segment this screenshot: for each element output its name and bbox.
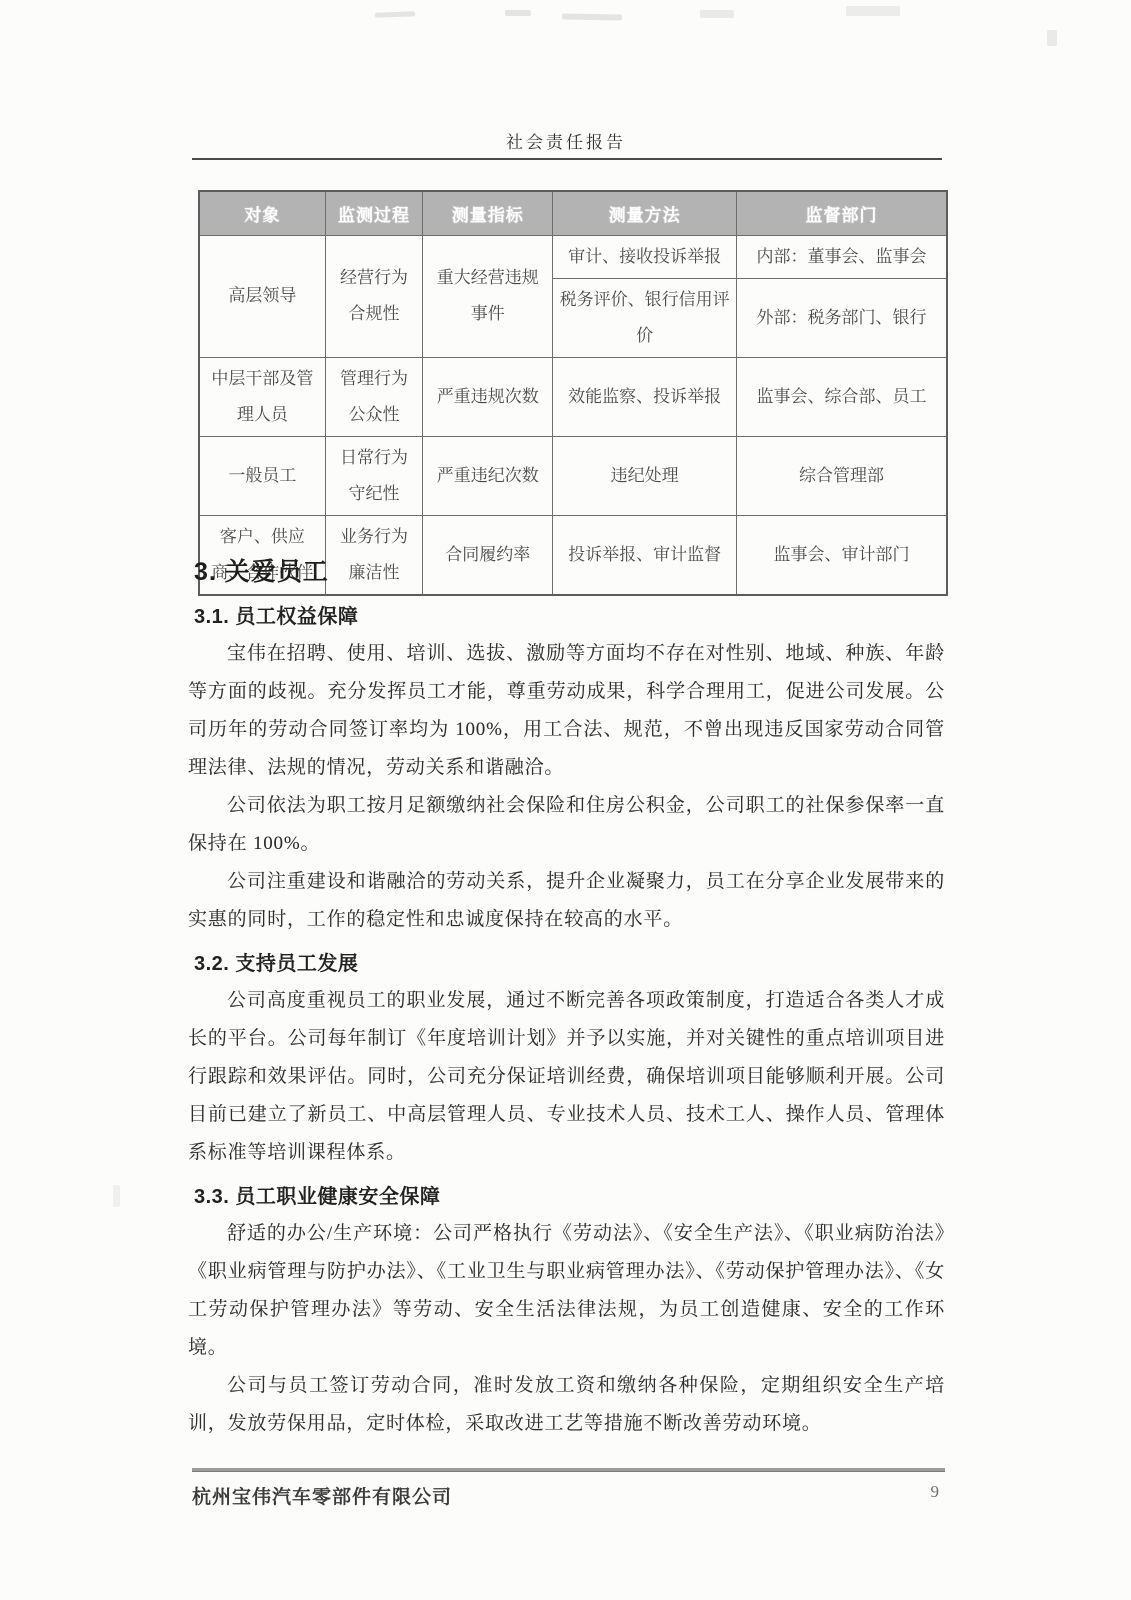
paragraph: 公司注重建设和谐融洽的劳动关系，提升企业凝聚力，员工在分享企业发展带来的实惠的同… <box>188 863 945 939</box>
table-row: 一般员工 日常行为守纪性 严重违纪次数 违纪处理 综合管理部 <box>199 436 947 515</box>
scan-artifact <box>846 6 900 16</box>
table-cell-method: 效能监察、投诉举报 <box>553 357 736 436</box>
table-cell-indicator: 严重违纪次数 <box>423 436 553 515</box>
monitoring-table: 对象 监测过程 测量指标 测量方法 监督部门 高层领导 经营行为合规性 重大经营… <box>198 190 948 596</box>
table-cell-method: 税务评价、银行信用评价 <box>553 278 736 357</box>
table-cell-target: 中层干部及管理人员 <box>199 357 325 436</box>
document-body: 3. 关爱员工 3.1. 员工权益保障 宝伟在招聘、使用、培训、选拔、激励等方面… <box>188 552 945 1443</box>
paragraph: 舒适的办公/生产环境：公司严格执行《劳动法》、《安全生产法》、《职业病防治法》《… <box>188 1215 945 1367</box>
paragraph: 公司与员工签订劳动合同，准时发放工资和缴纳各种保险，定期组织安全生产培训，发放劳… <box>188 1367 945 1443</box>
table-row: 高层领导 经营行为合规性 重大经营违规事件 审计、接收投诉举报 内部：董事会、监… <box>199 235 947 278</box>
scan-artifact <box>700 10 734 18</box>
table-header-row: 对象 监测过程 测量指标 测量方法 监督部门 <box>199 191 947 235</box>
footer: 杭州宝伟汽车零部件有限公司 9 <box>192 1482 945 1509</box>
footer-rule <box>192 1468 945 1472</box>
table-cell-indicator: 重大经营违规事件 <box>423 235 553 357</box>
table-cell-supervisor: 内部：董事会、监事会 <box>736 235 947 278</box>
table-cell-process: 日常行为守纪性 <box>325 436 422 515</box>
report-page: 社会责任报告 对象 监测过程 测量指标 测量方法 监督部门 高层领导 经营行为合… <box>0 0 1131 1600</box>
scan-artifact <box>1047 30 1057 46</box>
table-cell-supervisor: 监事会、综合部、员工 <box>736 357 947 436</box>
paragraph: 公司依法为职工按月足额缴纳社会保险和住房公积金，公司职工的社保参保率一直保持在 … <box>188 787 945 863</box>
scan-artifact <box>505 10 531 16</box>
table-header-target: 对象 <box>199 191 325 235</box>
table-header-method: 测量方法 <box>553 191 736 235</box>
table-header-supervisor: 监督部门 <box>736 191 947 235</box>
paragraph: 公司高度重视员工的职业发展，通过不断完善各项政策制度，打造适合各类人才成长的平台… <box>188 982 945 1172</box>
scan-artifact <box>113 1185 120 1207</box>
table-header-process: 监测过程 <box>325 191 422 235</box>
table-header-indicator: 测量指标 <box>423 191 553 235</box>
table-row: 中层干部及管理人员 管理行为公众性 严重违规次数 效能监察、投诉举报 监事会、综… <box>199 357 947 436</box>
table-cell-target: 高层领导 <box>199 235 325 357</box>
table-cell-method: 审计、接收投诉举报 <box>553 235 736 278</box>
subsection-title-3-3: 3.3. 员工职业健康安全保障 <box>194 1180 945 1209</box>
header-rule <box>192 158 942 160</box>
page-number: 9 <box>931 1482 946 1502</box>
table-cell-indicator: 严重违规次数 <box>423 357 553 436</box>
table-cell-process: 经营行为合规性 <box>325 235 422 357</box>
section-heading: 3. 关爱员工 <box>194 552 945 588</box>
paragraph: 宝伟在招聘、使用、培训、选拔、激励等方面均不存在对性别、地域、种族、年龄等方面的… <box>188 635 945 787</box>
table-cell-supervisor: 综合管理部 <box>736 436 947 515</box>
scan-artifact <box>375 11 415 17</box>
footer-company: 杭州宝伟汽车零部件有限公司 <box>192 1482 452 1509</box>
table-cell-supervisor: 外部：税务部门、银行 <box>736 278 947 357</box>
subsection-title-3-1: 3.1. 员工权益保障 <box>194 600 945 629</box>
table-cell-process: 管理行为公众性 <box>325 357 422 436</box>
page-title: 社会责任报告 <box>190 128 942 153</box>
subsection-title-3-2: 3.2. 支持员工发展 <box>194 947 945 976</box>
table-cell-method: 违纪处理 <box>553 436 736 515</box>
table-cell-target: 一般员工 <box>199 436 325 515</box>
scan-artifact <box>562 13 622 20</box>
